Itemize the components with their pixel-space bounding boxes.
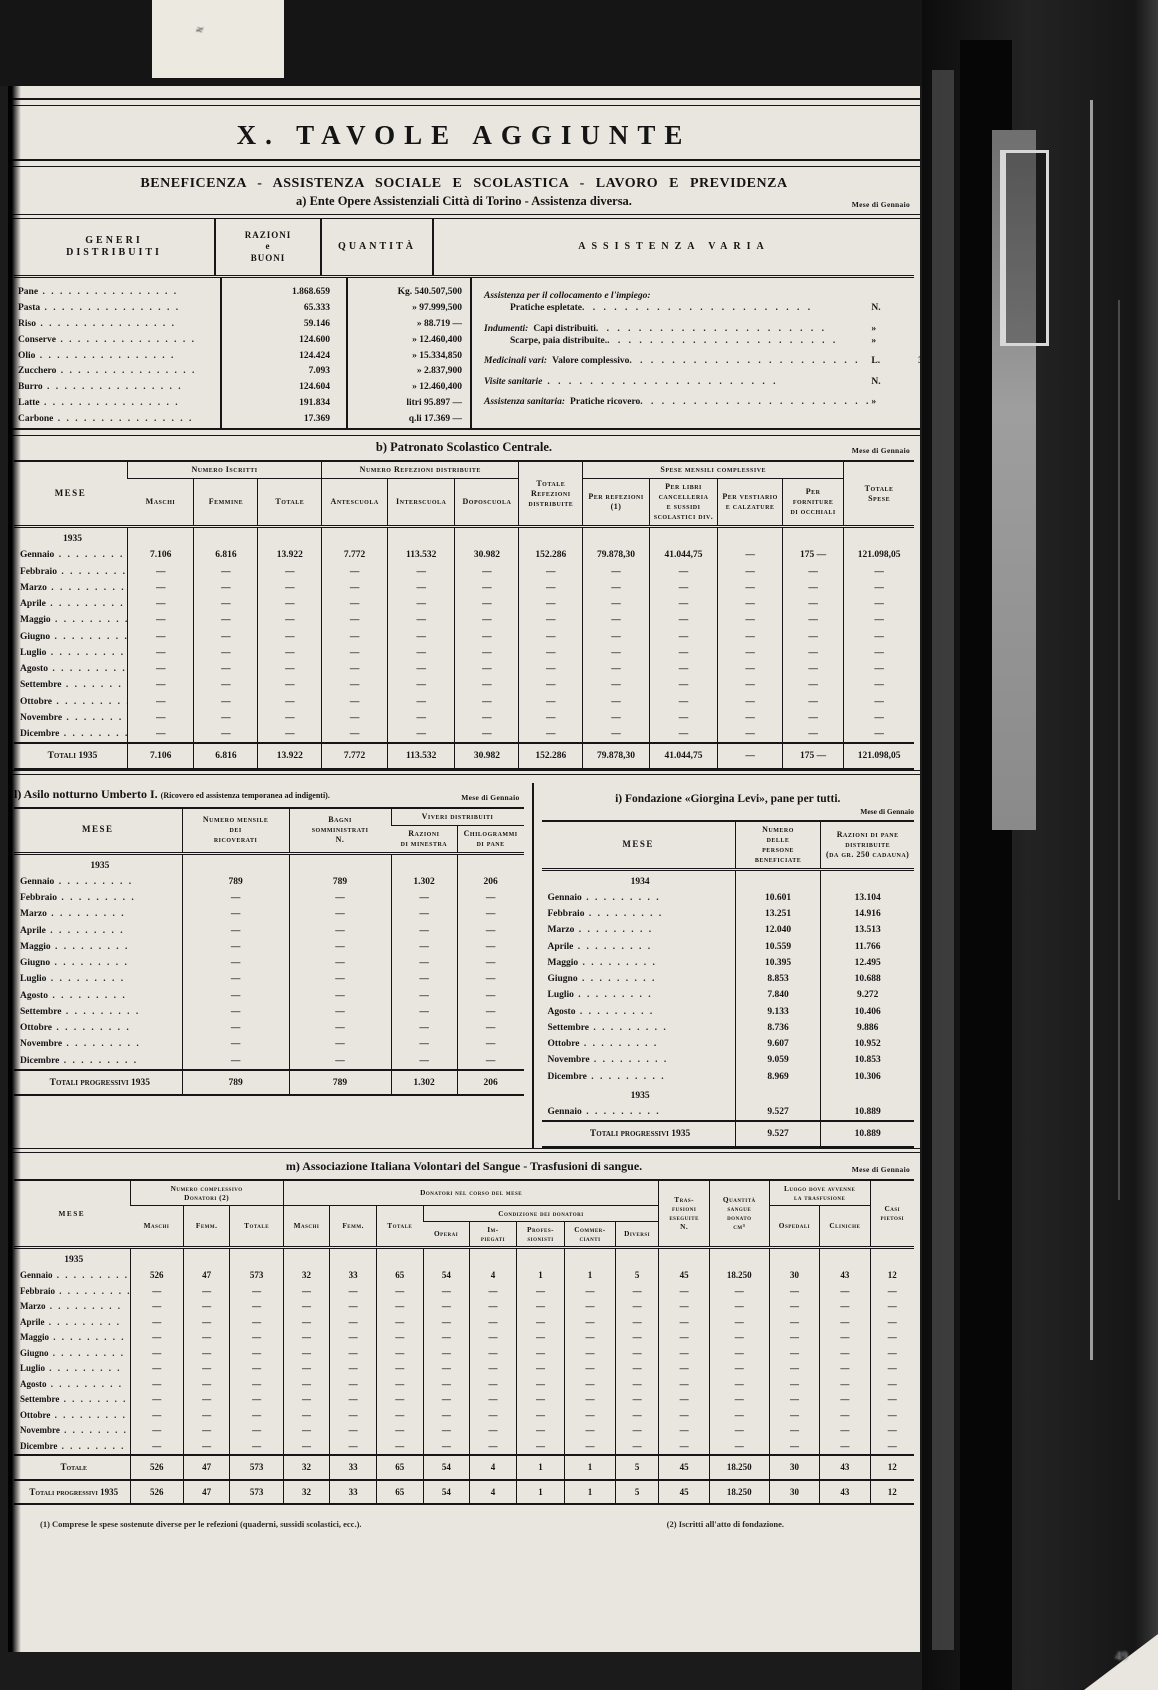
cell: — bbox=[183, 1361, 230, 1377]
cell: — bbox=[127, 580, 194, 596]
table-row: Novembre9.05910.853 bbox=[542, 1052, 915, 1068]
cell: — bbox=[455, 726, 519, 743]
cell: Ottobre bbox=[14, 1020, 182, 1036]
cell: 1935 bbox=[542, 1085, 736, 1104]
cell: — bbox=[516, 1346, 565, 1362]
cell: — bbox=[516, 1392, 565, 1408]
cell: — bbox=[709, 1377, 769, 1393]
cell: — bbox=[470, 1423, 517, 1439]
table-row: Gennaio7897891.302206 bbox=[14, 874, 524, 890]
col-group-refezioni: Numero Refezioni distribuite bbox=[322, 461, 519, 479]
year-row: 1935 bbox=[14, 853, 524, 874]
table-row: Novembre———————————————— bbox=[14, 1423, 914, 1439]
col-header-doposcuola: Doposcuola bbox=[455, 479, 519, 527]
cell: — bbox=[127, 612, 194, 628]
cell: 10.889 bbox=[821, 1104, 914, 1121]
cell: — bbox=[194, 694, 258, 710]
cell: Giugno bbox=[14, 955, 182, 971]
table-row: Maggio———————————— bbox=[14, 612, 914, 628]
divider-rule bbox=[8, 770, 920, 775]
cell: — bbox=[322, 564, 388, 580]
cell: — bbox=[583, 694, 650, 710]
table-row: Novembre———————————— bbox=[14, 710, 914, 726]
cell: — bbox=[455, 710, 519, 726]
cell: — bbox=[870, 1284, 914, 1300]
cell: 9.272 bbox=[821, 987, 914, 1003]
cell: — bbox=[565, 1346, 615, 1362]
cell: 10.306 bbox=[821, 1069, 914, 1085]
cell bbox=[821, 869, 914, 890]
cell: — bbox=[659, 1439, 709, 1456]
asilo-table: MESE Numero mensile dei ricoverati Bagni… bbox=[14, 807, 524, 1097]
cell: — bbox=[615, 1284, 659, 1300]
year-row: 1934 bbox=[542, 869, 915, 890]
cell: 121.098,05 bbox=[844, 547, 914, 563]
table-row: Dicembre8.96910.306 bbox=[542, 1069, 915, 1085]
cell: — bbox=[182, 923, 289, 939]
cell: — bbox=[127, 677, 194, 693]
cell: — bbox=[182, 890, 289, 906]
table-row: Novembre———— bbox=[14, 1036, 524, 1052]
cell: — bbox=[615, 1330, 659, 1346]
cell: — bbox=[330, 1361, 377, 1377]
cell: — bbox=[322, 661, 388, 677]
cell: 1935 bbox=[14, 1248, 130, 1269]
cell: — bbox=[649, 677, 717, 693]
section-a-heading: a) Ente Opere Assistenziali Città di Tor… bbox=[14, 194, 914, 209]
cell: — bbox=[718, 661, 783, 677]
cell: — bbox=[820, 1346, 870, 1362]
cell: — bbox=[127, 596, 194, 612]
cell: — bbox=[423, 1439, 470, 1456]
col-group-luogo: Luogo dove avvenne la trasfusione bbox=[769, 1180, 870, 1206]
section-b-heading: b) Patronato Scolastico Centrale. Mese d… bbox=[14, 440, 914, 455]
cell: — bbox=[769, 1284, 819, 1300]
table-a-body: Pane1.868.659Kg. 540.507,500Pasta65.333»… bbox=[14, 275, 914, 428]
cell: — bbox=[391, 1004, 457, 1020]
cell: Luglio bbox=[542, 987, 736, 1003]
cell: 1934 bbox=[542, 869, 736, 890]
cell: — bbox=[709, 1408, 769, 1424]
cell: Pasta bbox=[14, 301, 221, 317]
table-row: Ottobre———————————— bbox=[14, 694, 914, 710]
cell: — bbox=[870, 1439, 914, 1456]
cell: — bbox=[844, 694, 914, 710]
cell bbox=[289, 853, 391, 874]
cell: — bbox=[820, 1408, 870, 1424]
line-label: Pratiche ricovero bbox=[570, 396, 640, 408]
col-group-viveri: Viveri distribuiti bbox=[391, 808, 524, 826]
cell: — bbox=[283, 1361, 330, 1377]
cell: — bbox=[194, 645, 258, 661]
chapter-subtitle: BENEFICENZA - ASSISTENZA SOCIALE E SCOLA… bbox=[14, 176, 914, 192]
total-row: Totali progressivi 19357897891.302206 bbox=[14, 1070, 524, 1095]
cell: 30 bbox=[769, 1455, 819, 1480]
cell: Gennaio bbox=[14, 547, 127, 563]
cell: 30.982 bbox=[455, 547, 519, 563]
col-header-razioni-pane: Razioni di pane distribuite (da gr. 250 … bbox=[821, 821, 914, 870]
cell: 43 bbox=[820, 1455, 870, 1480]
cell: — bbox=[783, 661, 844, 677]
cell: 5 bbox=[615, 1480, 659, 1505]
section-l-title: l) Asilo notturno Umberto I. bbox=[14, 787, 158, 801]
cell: — bbox=[519, 661, 583, 677]
cell: » 97.999,500 bbox=[347, 301, 470, 317]
table-row: Settembre8.7369.886 bbox=[542, 1020, 915, 1036]
cell: 32 bbox=[283, 1480, 330, 1505]
table-row: Ottobre———————————————— bbox=[14, 1408, 914, 1424]
cell: — bbox=[330, 1346, 377, 1362]
cell: Novembre bbox=[542, 1052, 736, 1068]
cell: — bbox=[423, 1423, 470, 1439]
cell: Gennaio bbox=[542, 890, 736, 906]
col-header-diversi: Diversi bbox=[615, 1221, 659, 1247]
cell: 10.406 bbox=[821, 1004, 914, 1020]
cell bbox=[470, 1248, 517, 1269]
cell: Aprile bbox=[14, 596, 127, 612]
cell: — bbox=[376, 1439, 423, 1456]
cell: 32 bbox=[283, 1268, 330, 1284]
cell: Marzo bbox=[14, 580, 127, 596]
cell: 13.513 bbox=[821, 922, 914, 938]
cell: q.li 17.369 — bbox=[347, 412, 470, 428]
cell: 789 bbox=[289, 1070, 391, 1095]
cell: — bbox=[230, 1423, 283, 1439]
cell: — bbox=[769, 1439, 819, 1456]
cell: — bbox=[289, 1036, 391, 1052]
cell: — bbox=[844, 726, 914, 743]
cell: — bbox=[769, 1408, 819, 1424]
cell: — bbox=[783, 694, 844, 710]
col-header-quantita-sangue: Quantità sangue donato cm³ bbox=[709, 1180, 769, 1248]
cell: — bbox=[330, 1330, 377, 1346]
line-unit: » bbox=[871, 335, 895, 347]
cell: 1 bbox=[516, 1268, 565, 1284]
cell: Totali progressivi 1935 bbox=[14, 1070, 182, 1095]
cell: — bbox=[718, 726, 783, 743]
cell: — bbox=[769, 1315, 819, 1331]
cell: — bbox=[130, 1299, 183, 1315]
section-i-heading: i) Fondazione «Giorgina Levi», pane per … bbox=[542, 793, 915, 805]
cell: — bbox=[130, 1284, 183, 1300]
cell bbox=[127, 527, 194, 548]
cell: — bbox=[230, 1299, 283, 1315]
line-unit: N. bbox=[871, 302, 895, 314]
cell: — bbox=[230, 1439, 283, 1456]
cell: 45 bbox=[659, 1480, 709, 1505]
cell: — bbox=[615, 1315, 659, 1331]
cell: 1935 bbox=[14, 527, 127, 548]
col-header-mese: MESE bbox=[14, 808, 182, 854]
scan-corner-notch: ≠ bbox=[152, 0, 284, 78]
cell: — bbox=[127, 726, 194, 743]
cell bbox=[182, 853, 289, 874]
cell: — bbox=[516, 1377, 565, 1393]
cell: — bbox=[258, 596, 322, 612]
col-header-mese: MESE bbox=[14, 461, 127, 527]
assistenza-lines: Assistenza per il collocamento e l'impie… bbox=[472, 278, 920, 428]
cell: 30.982 bbox=[455, 743, 519, 768]
cell: Pane bbox=[14, 278, 221, 301]
cell: Febbraio bbox=[542, 906, 736, 922]
cell: — bbox=[330, 1408, 377, 1424]
table-row: Gennaio7.1066.81613.9227.772113.53230.98… bbox=[14, 547, 914, 563]
col-header-maschi: Maschi bbox=[127, 479, 194, 527]
cell: 79.878,30 bbox=[583, 547, 650, 563]
cell: Totali progressivi 1935 bbox=[542, 1121, 736, 1146]
month-note: Mese di Gennaio bbox=[461, 793, 519, 802]
cell: — bbox=[649, 564, 717, 580]
line-unit: L. bbox=[871, 355, 895, 367]
table-row: Febbraio13.25114.916 bbox=[542, 906, 915, 922]
cell: 12 bbox=[870, 1268, 914, 1284]
table-row: Marzo———————————————— bbox=[14, 1299, 914, 1315]
cell bbox=[322, 527, 388, 548]
table-row: Latte191.834litri 95.897 — bbox=[14, 396, 470, 412]
table-row: Dicembre———————————————— bbox=[14, 1439, 914, 1456]
cell: 1 bbox=[516, 1455, 565, 1480]
cell: — bbox=[516, 1315, 565, 1331]
cell: 10.952 bbox=[821, 1036, 914, 1052]
cell bbox=[820, 1248, 870, 1269]
col-header-razioni-minestra: Razioni di minestra bbox=[391, 825, 457, 853]
cell bbox=[391, 853, 457, 874]
cell: — bbox=[289, 939, 391, 955]
cell: 8.736 bbox=[735, 1020, 821, 1036]
table-row: Aprile———————————— bbox=[14, 596, 914, 612]
page-title: X. TAVOLE AGGIUNTE bbox=[14, 120, 914, 151]
cell: — bbox=[258, 645, 322, 661]
cell: Riso bbox=[14, 317, 221, 333]
cell: Settembre bbox=[14, 1004, 182, 1020]
cell: — bbox=[376, 1330, 423, 1346]
cell: — bbox=[519, 629, 583, 645]
cell: Totale bbox=[14, 1455, 130, 1480]
cell: — bbox=[709, 1423, 769, 1439]
cell: — bbox=[457, 939, 523, 955]
section-m-heading: m) Associazione Italiana Volontari del S… bbox=[14, 1159, 914, 1174]
cell: — bbox=[457, 1053, 523, 1070]
cell: — bbox=[194, 564, 258, 580]
cell: 12 bbox=[870, 1480, 914, 1505]
cell: — bbox=[283, 1299, 330, 1315]
cell: — bbox=[583, 645, 650, 661]
cell: — bbox=[183, 1392, 230, 1408]
cell: 4 bbox=[470, 1455, 517, 1480]
cell: — bbox=[322, 580, 388, 596]
cell: 18.250 bbox=[709, 1480, 769, 1505]
cell: — bbox=[783, 580, 844, 596]
patronato-table: MESE Numero Iscritti Numero Refezioni di… bbox=[14, 460, 914, 770]
cell bbox=[423, 1248, 470, 1269]
cell: — bbox=[289, 971, 391, 987]
document-page: X. TAVOLE AGGIUNTE BENEFICENZA - ASSISTE… bbox=[8, 86, 920, 1652]
table-row: Marzo———————————— bbox=[14, 580, 914, 596]
cell: 54 bbox=[423, 1455, 470, 1480]
cell: — bbox=[391, 955, 457, 971]
cell bbox=[519, 527, 583, 548]
divider-rule bbox=[8, 98, 920, 106]
cell: — bbox=[565, 1299, 615, 1315]
cell: Agosto bbox=[542, 1004, 736, 1020]
cell: — bbox=[130, 1315, 183, 1331]
cell: 7.840 bbox=[735, 987, 821, 1003]
assist-line: Medicinali vari:Valore complessivoL.3.76… bbox=[484, 355, 920, 367]
year-row: 1935 bbox=[14, 527, 914, 548]
col-header-per-vestiario: Per vestiario e calzature bbox=[718, 479, 783, 527]
cell: — bbox=[470, 1392, 517, 1408]
cell: Latte bbox=[14, 396, 221, 412]
cell bbox=[870, 1248, 914, 1269]
cell: 1.302 bbox=[391, 874, 457, 890]
cell: 8.853 bbox=[735, 971, 821, 987]
cell: 65 bbox=[376, 1480, 423, 1505]
cell bbox=[821, 1085, 914, 1104]
line-prefix: Visite sanitarie bbox=[484, 376, 542, 388]
cell: — bbox=[709, 1284, 769, 1300]
cell: Agosto bbox=[14, 1377, 130, 1393]
cell bbox=[258, 527, 322, 548]
cell: — bbox=[659, 1299, 709, 1315]
cell: — bbox=[183, 1315, 230, 1331]
cell: 43 bbox=[820, 1480, 870, 1505]
cell: 7.093 bbox=[221, 364, 347, 380]
cell: 5 bbox=[615, 1268, 659, 1284]
cell bbox=[735, 1085, 821, 1104]
cell: 8.969 bbox=[735, 1069, 821, 1085]
cell: — bbox=[194, 580, 258, 596]
section-i-title: i) Fondazione «Giorgina Levi», pane per … bbox=[615, 793, 840, 805]
line-value: 63 bbox=[895, 396, 920, 408]
col-header-femmine: Femmine bbox=[194, 479, 258, 527]
cell: — bbox=[455, 661, 519, 677]
cell: — bbox=[387, 612, 455, 628]
cell: — bbox=[470, 1299, 517, 1315]
cell: — bbox=[283, 1439, 330, 1456]
cell: — bbox=[258, 612, 322, 628]
cell: — bbox=[718, 694, 783, 710]
cell: — bbox=[182, 939, 289, 955]
table-row: Settembre———————————— bbox=[14, 677, 914, 693]
line-value: 3.767,60 bbox=[895, 355, 920, 367]
col-header-maschi: Maschi bbox=[130, 1205, 183, 1247]
cell: — bbox=[870, 1346, 914, 1362]
table-a-header: GENERI DISTRIBUITI RAZIONI e BUONI QUANT… bbox=[14, 219, 914, 275]
cell: Ottobre bbox=[542, 1036, 736, 1052]
cell: Ottobre bbox=[14, 1408, 130, 1424]
cell: — bbox=[709, 1330, 769, 1346]
cell: — bbox=[194, 677, 258, 693]
col-header-totale-refezioni: Totale Refezioni distribuite bbox=[519, 461, 583, 527]
cell: 41.044,75 bbox=[649, 743, 717, 768]
section-m-title: m) Associazione Italiana Volontari del S… bbox=[286, 1159, 642, 1173]
cell: — bbox=[387, 726, 455, 743]
ink-mark: ≠ bbox=[193, 21, 206, 39]
cell bbox=[783, 527, 844, 548]
year-row: 1935 bbox=[14, 1248, 914, 1269]
cell bbox=[649, 527, 717, 548]
table-row: Burro124.604» 12.460,400 bbox=[14, 380, 470, 396]
cell: — bbox=[649, 629, 717, 645]
line-value: 842 bbox=[895, 302, 920, 314]
cell: — bbox=[457, 1036, 523, 1052]
total-row: Totale526475733233655441154518.250304312 bbox=[14, 1455, 914, 1480]
cell: — bbox=[769, 1377, 819, 1393]
cell: — bbox=[455, 596, 519, 612]
cell: — bbox=[615, 1423, 659, 1439]
col-header-chilogrammi-pane: Chilogrammi di pane bbox=[457, 825, 523, 853]
cell: 30 bbox=[769, 1268, 819, 1284]
cell: — bbox=[820, 1330, 870, 1346]
cell: — bbox=[565, 1423, 615, 1439]
cell: — bbox=[659, 1315, 709, 1331]
cell: — bbox=[783, 710, 844, 726]
cell: — bbox=[718, 710, 783, 726]
cell: Giugno bbox=[542, 971, 736, 987]
cell: Giugno bbox=[14, 629, 127, 645]
cell: Burro bbox=[14, 380, 221, 396]
cell: » 12.460,400 bbox=[347, 380, 470, 396]
cell: — bbox=[127, 645, 194, 661]
cell: 13.104 bbox=[821, 890, 914, 906]
goods-table: Pane1.868.659Kg. 540.507,500Pasta65.333»… bbox=[14, 278, 470, 428]
line-value: 8.451 bbox=[895, 323, 920, 335]
cell: — bbox=[391, 971, 457, 987]
section-l-note: (Ricovero ed assistenza temporanea ad in… bbox=[161, 791, 330, 800]
table-row: Giugno———————————————— bbox=[14, 1346, 914, 1362]
cell: — bbox=[870, 1299, 914, 1315]
cell: — bbox=[457, 971, 523, 987]
cell: — bbox=[470, 1377, 517, 1393]
cell: — bbox=[783, 629, 844, 645]
cell: Agosto bbox=[14, 661, 127, 677]
col-header-femm: Femm. bbox=[183, 1205, 230, 1247]
cell: — bbox=[820, 1377, 870, 1393]
col-header-per-refezioni: Per refezioni (1) bbox=[583, 479, 650, 527]
cell: — bbox=[182, 988, 289, 1004]
cell: — bbox=[423, 1299, 470, 1315]
cell bbox=[376, 1248, 423, 1269]
cell: — bbox=[659, 1284, 709, 1300]
cell: — bbox=[470, 1346, 517, 1362]
cell: 43 bbox=[820, 1268, 870, 1284]
cell: Gennaio bbox=[14, 1268, 130, 1284]
cell: Settembre bbox=[542, 1020, 736, 1036]
cell: — bbox=[182, 1036, 289, 1052]
cell: — bbox=[289, 955, 391, 971]
cell: — bbox=[330, 1377, 377, 1393]
cell: 14.916 bbox=[821, 906, 914, 922]
cell: — bbox=[423, 1330, 470, 1346]
cell: — bbox=[870, 1330, 914, 1346]
cell: — bbox=[649, 580, 717, 596]
cell: — bbox=[659, 1346, 709, 1362]
cell: 30 bbox=[769, 1480, 819, 1505]
cell: — bbox=[387, 596, 455, 612]
cell bbox=[583, 527, 650, 548]
cell: 9.133 bbox=[735, 1004, 821, 1020]
cell: — bbox=[769, 1361, 819, 1377]
assist-line: Visite sanitarieN.977 bbox=[484, 376, 920, 388]
cell: — bbox=[565, 1361, 615, 1377]
cell: — bbox=[718, 596, 783, 612]
lower-split: l) Asilo notturno Umberto I. (Ricovero e… bbox=[14, 783, 914, 1148]
cell: — bbox=[470, 1284, 517, 1300]
cell: — bbox=[516, 1408, 565, 1424]
table-row: Marzo12.04013.513 bbox=[542, 922, 915, 938]
cell: — bbox=[519, 694, 583, 710]
cell: — bbox=[615, 1392, 659, 1408]
